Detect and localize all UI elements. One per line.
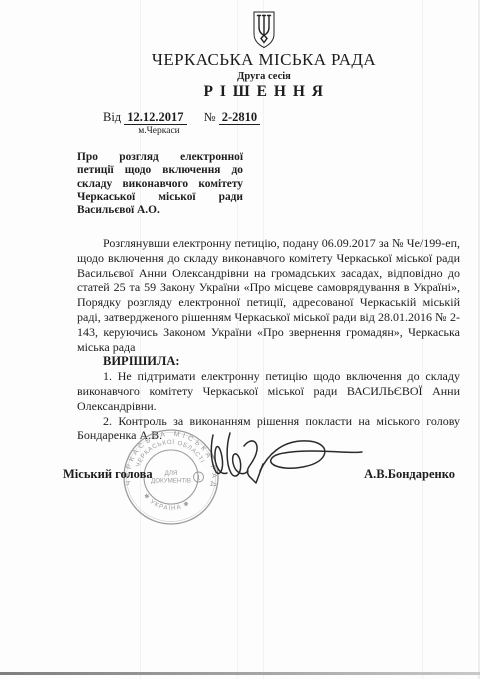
document-type-title: Р І Ш Е Н Н Я (48, 83, 480, 101)
date-number-line: Від 12.12.2017 № 2-2810 (103, 110, 260, 125)
document-body: Розглянувши електронну петицію, подану 0… (77, 236, 460, 443)
svg-text:✱ УКРАЇНА ✱: ✱ УКРАЇНА ✱ (142, 492, 191, 512)
session-label: Друга сесія (48, 71, 480, 82)
signatory-position: Міський голова (63, 467, 153, 482)
org-name: ЧЕРКАСЬКА МІСЬКА РАДА (48, 50, 480, 70)
subject-paragraph: Про розгляд електронної петиції щодо вкл… (77, 151, 243, 217)
signatory-name: А.В.Бондаренко (364, 467, 455, 482)
date-value: 12.12.2017 (124, 110, 186, 125)
date-label: Від (103, 110, 121, 124)
stamp-center-line1: ДЛЯ (165, 470, 178, 477)
number-value: 2-2810 (219, 110, 260, 125)
resolution-item: 1. Не підтримати електронну петицію щодо… (77, 369, 460, 413)
city-label: м.Черкаси (131, 126, 187, 136)
stamp-bottom-ring-text: ✱ УКРАЇНА ✱ (142, 492, 191, 512)
scan-edge-bottom (0, 672, 480, 675)
stamp-center-line2: ДОКУМЕНТІВ (151, 478, 191, 485)
handwritten-signature (200, 426, 365, 488)
coat-of-arms-tryzub-icon (251, 11, 277, 49)
scanned-decision-document: ЧЕРКАСЬКА МІСЬКА РАДА Друга сесія Р І Ш … (0, 0, 480, 679)
number-sign: № (204, 110, 216, 124)
intro-paragraph: Розглянувши електронну петицію, подану 0… (77, 236, 460, 354)
resolved-label: ВИРІШИЛА: (77, 354, 460, 369)
